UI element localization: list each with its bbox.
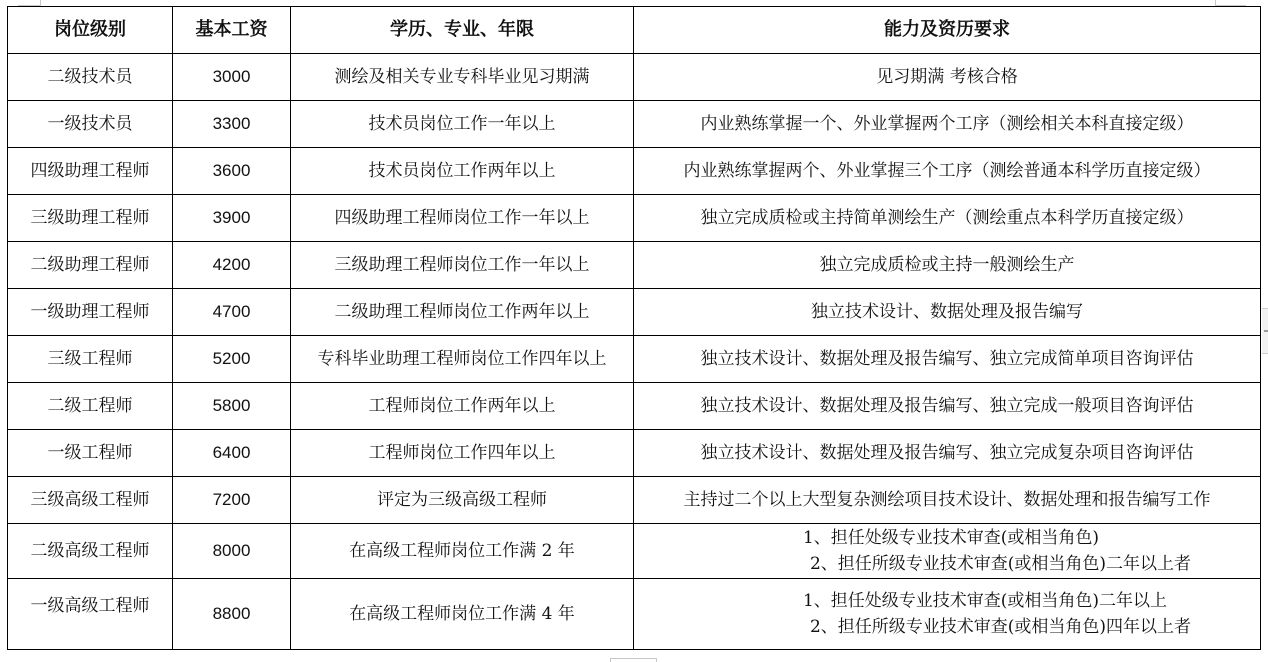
cell-requirement: 独立完成质检或主持一般测绘生产 bbox=[634, 242, 1261, 289]
cell-level: 二级技术员 bbox=[8, 54, 173, 101]
cell-level: 二级工程师 bbox=[8, 383, 173, 430]
cell-requirement: 内业熟练掌握一个、外业掌握两个工序（测绘相关本科直接定级） bbox=[634, 101, 1261, 148]
header-salary: 基本工资 bbox=[173, 7, 291, 54]
cell-level: 一级高级工程师 bbox=[8, 579, 173, 650]
table-row: 二级助理工程师 4200 三级助理工程师岗位工作一年以上 独立完成质检或主持一般… bbox=[8, 242, 1261, 289]
cell-education: 工程师岗位工作四年以上 bbox=[291, 430, 634, 477]
cell-requirement: 独立技术设计、数据处理及报告编写、独立完成简单项目咨询评估 bbox=[634, 336, 1261, 383]
table-row: 一级工程师 6400 工程师岗位工作四年以上 独立技术设计、数据处理及报告编写、… bbox=[8, 430, 1261, 477]
table-row: 四级助理工程师 3600 技术员岗位工作两年以上 内业熟练掌握两个、外业掌握三个… bbox=[8, 148, 1261, 195]
cell-salary: 8800 bbox=[173, 579, 291, 650]
cell-salary: 4700 bbox=[173, 289, 291, 336]
header-level: 岗位级别 bbox=[8, 7, 173, 54]
table-row: 三级高级工程师 7200 评定为三级高级工程师 主持过二个以上大型复杂测绘项目技… bbox=[8, 477, 1261, 524]
header-education: 学历、专业、年限 bbox=[291, 7, 634, 54]
requirement-line: 2、担任所级专业技术审查(或相当角色)四年以上者 bbox=[803, 614, 1191, 640]
header-requirement: 能力及资历要求 bbox=[634, 7, 1261, 54]
requirement-line: 2、担任所级专业技术审查(或相当角色)二年以上者 bbox=[803, 551, 1191, 577]
table-row: 三级工程师 5200 专科毕业助理工程师岗位工作四年以上 独立技术设计、数据处理… bbox=[8, 336, 1261, 383]
table-row: 三级助理工程师 3900 四级助理工程师岗位工作一年以上 独立完成质检或主持简单… bbox=[8, 195, 1261, 242]
cell-requirement: 主持过二个以上大型复杂测绘项目技术设计、数据处理和报告编写工作 bbox=[634, 477, 1261, 524]
requirement-line: 1、担任处级专业技术审查(或相当角色) bbox=[803, 525, 1191, 551]
cell-salary: 3900 bbox=[173, 195, 291, 242]
cell-education: 评定为三级高级工程师 bbox=[291, 477, 634, 524]
cell-education: 在高级工程师岗位工作满 4 年 bbox=[291, 579, 634, 650]
table-row: 二级工程师 5800 工程师岗位工作两年以上 独立技术设计、数据处理及报告编写、… bbox=[8, 383, 1261, 430]
cell-requirement: 独立完成质检或主持简单测绘生产（测绘重点本科学历直接定级） bbox=[634, 195, 1261, 242]
cell-level: 二级高级工程师 bbox=[8, 524, 173, 579]
cell-education: 二级助理工程师岗位工作两年以上 bbox=[291, 289, 634, 336]
cell-requirement: 1、担任处级专业技术审查(或相当角色) 2、担任所级专业技术审查(或相当角色)二… bbox=[634, 524, 1261, 579]
requirement-line: 1、担任处级专业技术审查(或相当角色)二年以上 bbox=[803, 588, 1191, 614]
cell-education: 三级助理工程师岗位工作一年以上 bbox=[291, 242, 634, 289]
cell-level: 三级助理工程师 bbox=[8, 195, 173, 242]
cell-salary: 7200 bbox=[173, 477, 291, 524]
cell-salary: 5200 bbox=[173, 336, 291, 383]
table-row: 一级助理工程师 4700 二级助理工程师岗位工作两年以上 独立技术设计、数据处理… bbox=[8, 289, 1261, 336]
cell-level: 一级工程师 bbox=[8, 430, 173, 477]
cell-requirement: 独立技术设计、数据处理及报告编写、独立完成复杂项目咨询评估 bbox=[634, 430, 1261, 477]
cell-salary: 3300 bbox=[173, 101, 291, 148]
cell-education: 技术员岗位工作一年以上 bbox=[291, 101, 634, 148]
cell-level: 三级高级工程师 bbox=[8, 477, 173, 524]
cell-education: 专科毕业助理工程师岗位工作四年以上 bbox=[291, 336, 634, 383]
cell-level: 四级助理工程师 bbox=[8, 148, 173, 195]
page-corner-mark-bottom bbox=[610, 658, 657, 662]
cell-level: 一级技术员 bbox=[8, 101, 173, 148]
requirement-list: 1、担任处级专业技术审查(或相当角色)二年以上 2、担任所级专业技术审查(或相当… bbox=[803, 588, 1191, 640]
cell-salary: 6400 bbox=[173, 430, 291, 477]
cell-education: 在高级工程师岗位工作满 2 年 bbox=[291, 524, 634, 579]
cell-salary: 5800 bbox=[173, 383, 291, 430]
cell-level: 一级助理工程师 bbox=[8, 289, 173, 336]
cell-salary: 4200 bbox=[173, 242, 291, 289]
cell-salary: 3600 bbox=[173, 148, 291, 195]
cell-education: 工程师岗位工作两年以上 bbox=[291, 383, 634, 430]
cell-requirement: 见习期满 考核合格 bbox=[634, 54, 1261, 101]
requirement-list: 1、担任处级专业技术审查(或相当角色) 2、担任所级专业技术审查(或相当角色)二… bbox=[803, 525, 1191, 577]
table-row: 二级技术员 3000 测绘及相关专业专科毕业见习期满 见习期满 考核合格 bbox=[8, 54, 1261, 101]
cell-requirement: 1、担任处级专业技术审查(或相当角色)二年以上 2、担任所级专业技术审查(或相当… bbox=[634, 579, 1261, 650]
table-row: 一级技术员 3300 技术员岗位工作一年以上 内业熟练掌握一个、外业掌握两个工序… bbox=[8, 101, 1261, 148]
cell-education: 技术员岗位工作两年以上 bbox=[291, 148, 634, 195]
cell-requirement: 独立技术设计、数据处理及报告编写 bbox=[634, 289, 1261, 336]
cell-requirement: 内业熟练掌握两个、外业掌握三个工序（测绘普通本科学历直接定级） bbox=[634, 148, 1261, 195]
table-header-row: 岗位级别 基本工资 学历、专业、年限 能力及资历要求 bbox=[8, 7, 1261, 54]
cell-level: 二级助理工程师 bbox=[8, 242, 173, 289]
table-row: 二级高级工程师 8000 在高级工程师岗位工作满 2 年 1、担任处级专业技术审… bbox=[8, 524, 1261, 579]
cell-requirement: 独立技术设计、数据处理及报告编写、独立完成一般项目咨询评估 bbox=[634, 383, 1261, 430]
cell-education: 测绘及相关专业专科毕业见习期满 bbox=[291, 54, 634, 101]
resize-handle[interactable] bbox=[1262, 308, 1268, 354]
cell-salary: 8000 bbox=[173, 524, 291, 579]
table-row: 一级高级工程师 8800 在高级工程师岗位工作满 4 年 1、担任处级专业技术审… bbox=[8, 579, 1261, 650]
cell-level: 三级工程师 bbox=[8, 336, 173, 383]
cell-salary: 3000 bbox=[173, 54, 291, 101]
cell-education: 四级助理工程师岗位工作一年以上 bbox=[291, 195, 634, 242]
salary-grade-table: 岗位级别 基本工资 学历、专业、年限 能力及资历要求 二级技术员 3000 测绘… bbox=[7, 6, 1261, 650]
level-text: 一级高级工程师 bbox=[31, 595, 150, 617]
